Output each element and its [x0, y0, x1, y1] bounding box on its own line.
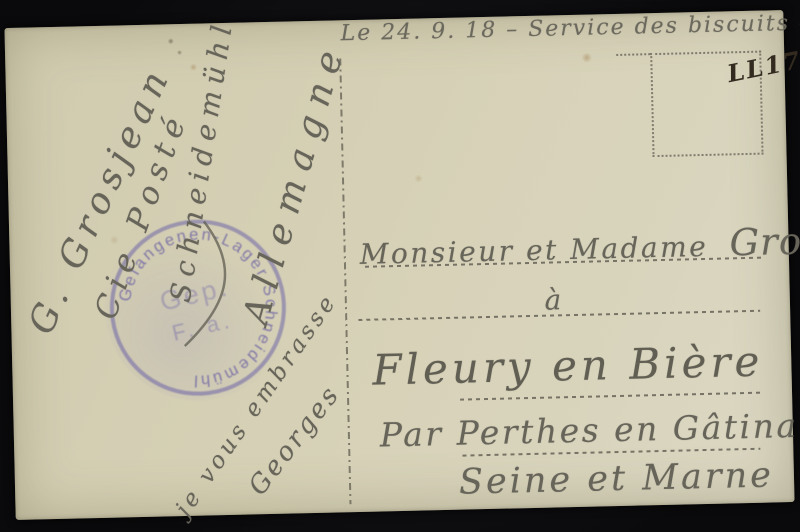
scanner-background: Le 24. 9. 18 – Service des biscuits – LL… — [0, 0, 800, 532]
age-stain — [414, 174, 423, 182]
address-route: Par Perthes en Gâtinais — [380, 407, 800, 454]
age-stain — [177, 50, 182, 55]
age-stain — [581, 53, 592, 63]
address-dotted-line-3 — [460, 392, 762, 401]
date-service-line: Le 24. 9. 18 – Service des biscuits – — [340, 11, 800, 46]
address-department: Seine et Marne — [459, 456, 775, 502]
postcard: Le 24. 9. 18 – Service des biscuits – LL… — [4, 10, 794, 520]
address-preposition: à — [544, 285, 561, 316]
address-divider-line — [339, 58, 351, 504]
sender-country: Allemagne — [236, 36, 353, 328]
address-town: Fleury en Bière — [372, 339, 764, 394]
age-stain — [189, 64, 197, 71]
age-stain — [168, 38, 174, 44]
